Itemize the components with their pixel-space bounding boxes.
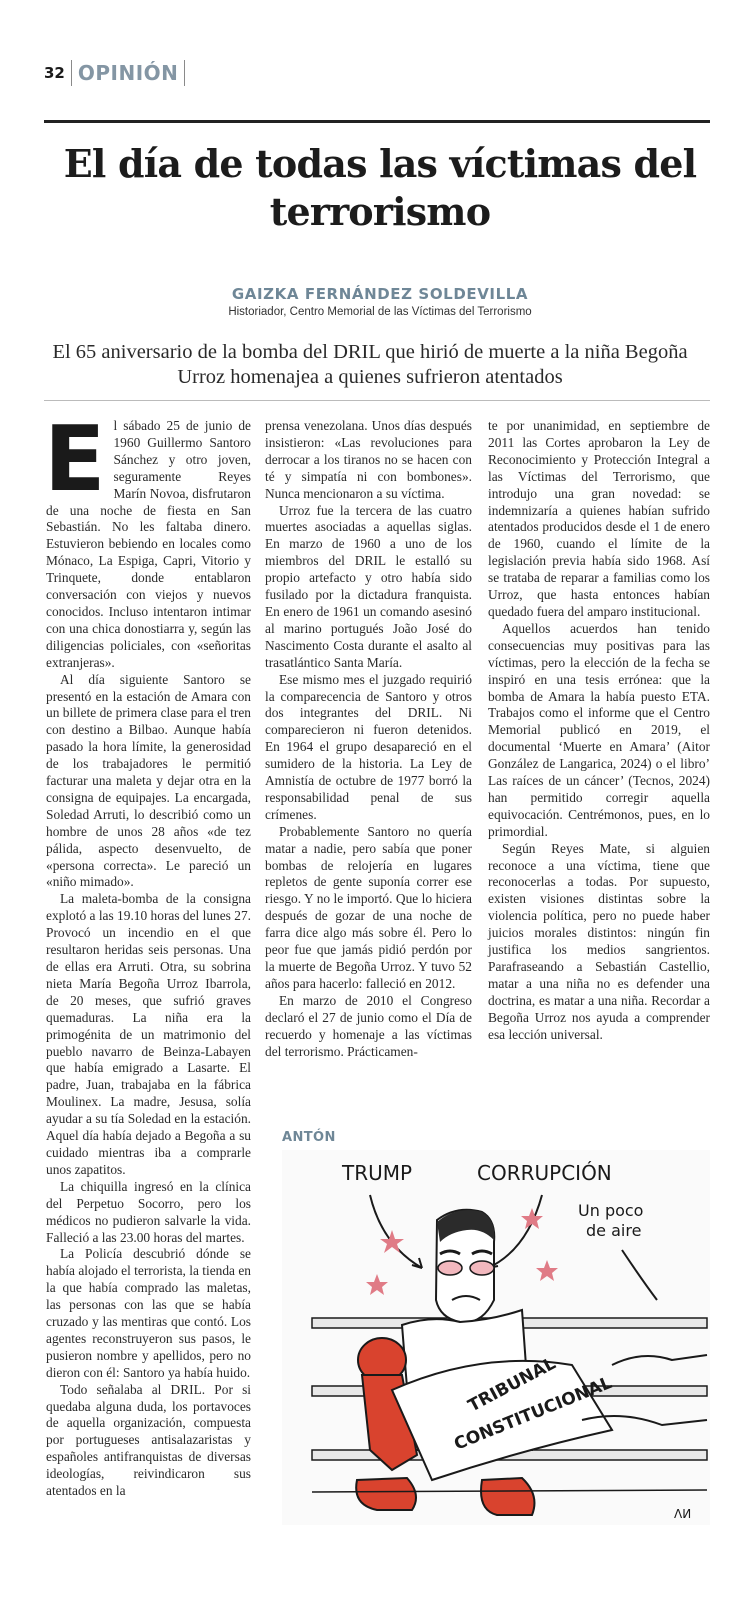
paragraph: Según Reyes Mate, si alguien reconoce a …	[488, 841, 710, 1044]
subtitle-rule	[44, 400, 710, 401]
page-number: 32	[44, 64, 65, 82]
article-column-3: te por unanimidad, en septiembre de 2011…	[488, 418, 710, 1044]
editorial-cartoon: TRUMP CORRUPCIÓN Un poco de aire	[282, 1150, 710, 1525]
paragraph: te por unanimidad, en septiembre de 2011…	[488, 418, 710, 621]
headline: El día de todas las víctimas del terrori…	[40, 140, 720, 236]
section-label: OPINIÓN	[72, 61, 185, 85]
paragraph: Urroz fue la tercera de las cuatro muert…	[265, 503, 472, 672]
paragraph: Ese mismo mes el juzgado requirió la com…	[265, 672, 472, 824]
page-header: 32 OPINIÓN	[44, 58, 185, 88]
author-name: GAIZKA FERNÁNDEZ SOLDEVILLA	[40, 285, 720, 303]
paragraph: La chiquilla ingresó en la clínica del P…	[46, 1179, 251, 1247]
caption-trump: TRUMP	[341, 1161, 412, 1185]
paragraph: La maleta-bomba de la consigna explotó a…	[46, 891, 251, 1178]
article-column-2: prensa venezolana. Unos días después ins…	[265, 418, 472, 1060]
author-role: Historiador, Centro Memorial de las Víct…	[40, 306, 720, 318]
cartoon-illustration: TRUMP CORRUPCIÓN Un poco de aire	[282, 1150, 710, 1525]
paragraph: Probablemente Santoro no quería matar a …	[265, 824, 472, 993]
top-rule	[44, 120, 710, 123]
byline: GAIZKA FERNÁNDEZ SOLDEVILLA Historiador,…	[40, 285, 720, 318]
drop-cap: E	[44, 424, 105, 502]
paragraph: Todo señalaba al DRIL. Por si quedaba al…	[46, 1382, 251, 1500]
caption-corrupcion: CORRUPCIÓN	[477, 1161, 612, 1185]
subtitle: El 65 aniversario de la bomba del DRIL q…	[30, 340, 710, 390]
svg-text:ΛИ: ΛИ	[674, 1507, 691, 1521]
cartoon-credit: ANTÓN	[282, 1130, 336, 1145]
speech-line-1: Un poco	[578, 1201, 643, 1220]
article-column-1: E l sábado 25 de junio de 1960 Guillermo…	[46, 418, 251, 1500]
paragraph: En marzo de 2010 el Congreso declaró el …	[265, 993, 472, 1061]
paragraph: Aquellos acuerdos han tenido consecuenci…	[488, 621, 710, 841]
paragraph: La Policía descubrió dónde se había aloj…	[46, 1246, 251, 1381]
header-divider	[184, 60, 185, 86]
paragraph: prensa venezolana. Unos días después ins…	[265, 418, 472, 503]
speech-line-2: de aire	[586, 1221, 641, 1240]
paragraph: Al día siguiente Santoro se presentó en …	[46, 672, 251, 892]
